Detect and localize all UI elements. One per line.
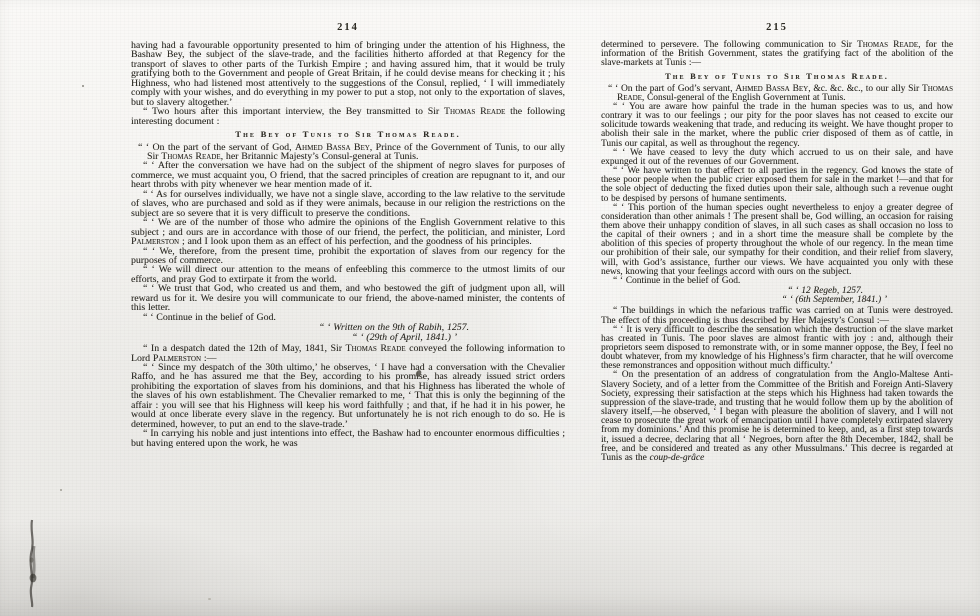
letter-heading: The Bey of Tunis to Sir Thomas Reade.: [601, 72, 953, 81]
book-scan: 214 having had a favourable opportunity …: [0, 0, 980, 616]
paragraph: “ Two hours after this important intervi…: [131, 107, 565, 126]
paragraph: “ ‘ We trust that God, who created us an…: [131, 284, 565, 312]
paragraph: “ ‘ Continue in the belief of God.: [601, 277, 953, 286]
paragraph: “ ‘ As for ourselves individually, we ha…: [131, 190, 565, 218]
signature-line: “ ‘ (29th of April, 1841.) ’: [131, 333, 565, 342]
paragraph: determined to persevere. The following c…: [601, 41, 953, 68]
paragraph: “ In a despatch dated the 12th of May, 1…: [131, 344, 565, 363]
dust-speck: [930, 44, 932, 46]
scratch-mark: [24, 516, 42, 610]
paragraph: “ ‘ You are aware how painful the trade …: [601, 103, 953, 149]
signature-line: “ ‘ (6th September, 1841.) ’: [601, 296, 953, 305]
paragraph: having had a favourable opportunity pres…: [131, 41, 565, 107]
dust-speck: [208, 598, 211, 600]
page-number-left: 214: [131, 22, 565, 33]
paragraph: “ The buildings in which the nefarious t…: [601, 307, 953, 325]
dust-speck: [60, 489, 62, 491]
paragraph: “ ‘ We have written to that effect to al…: [601, 167, 953, 204]
letter-signature: “ ‘ Written on the 9th of Rabih, 1257.“ …: [131, 323, 565, 342]
dust-speck: [82, 85, 84, 87]
signature-line: “ ‘ Written on the 9th of Rabih, 1257.: [131, 323, 565, 332]
paragraph: “ ‘ On the part of the servant of God, A…: [131, 143, 565, 162]
paragraph: “ On the presentation of an address of c…: [601, 371, 953, 463]
paragraph: “ ‘ We have ceased to levy the duty whic…: [601, 149, 953, 167]
paragraph: “ In carrying his noble and just intenti…: [131, 429, 565, 448]
page-body-left: having had a favourable opportunity pres…: [131, 41, 565, 448]
signature-line: “ ‘ 12 Regeb, 1257.: [601, 287, 953, 296]
letter-heading: The Bey of Tunis to Sir Thomas Reade.: [131, 130, 565, 139]
paragraph: “ ‘ We are of the number of those who ad…: [131, 218, 565, 246]
paragraph: “ ‘ Continue in the belief of God.: [131, 313, 565, 322]
page-215: 215 determined to persevere. The followi…: [601, 22, 953, 463]
paragraph: “ ‘ On the part of God’s servant, Ahmed …: [601, 85, 953, 103]
paragraph: “ ‘ After the conversation we have had o…: [131, 161, 565, 189]
paragraph: “ ‘ This portion of the human species ou…: [601, 204, 953, 277]
letter-signature: “ ‘ 12 Regeb, 1257.“ ‘ (6th September, 1…: [601, 287, 953, 305]
page-number-right: 215: [601, 22, 953, 33]
paragraph: “ ‘ We, therefore, from the present time…: [131, 247, 565, 266]
page-body-right: determined to persevere. The following c…: [601, 41, 953, 463]
paragraph: “ ‘ We will direct our attention to the …: [131, 265, 565, 284]
paragraph: “ ‘ It is very difficult to describe the…: [601, 326, 953, 372]
page-214: 214 having had a favourable opportunity …: [131, 22, 565, 448]
paragraph: “ ‘ Since my despatch of the 30th ultimo…: [131, 363, 565, 429]
